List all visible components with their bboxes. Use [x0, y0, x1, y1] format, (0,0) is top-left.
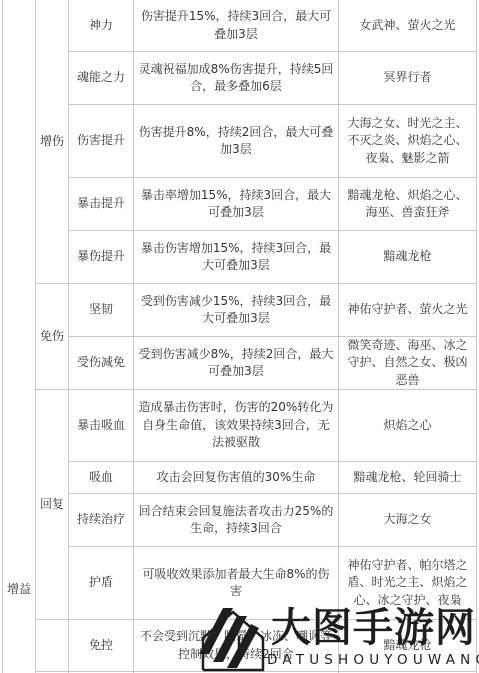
buff-effect: 受到伤害减少15%，持续3回合，最大可叠加3层	[134, 284, 338, 336]
buff-heroes: 黯魂龙枪	[339, 231, 476, 283]
buff-name: 坚韧	[69, 284, 133, 336]
buff-name: 持续治疗	[69, 494, 133, 546]
buff-effect: 伤害提升15%，持续3回合，最大可叠加3层	[134, 0, 338, 51]
buff-heroes: 黯魂龙枪	[339, 620, 476, 671]
buff-effect: 不会受到沉默、眩晕、冰冻、嘲讽等控制效果，持续2回合	[134, 620, 338, 671]
group-label-recovery: 回复	[36, 390, 68, 619]
buff-heroes: 冥界行者	[339, 52, 476, 104]
group-label-damage-up: 增伤	[36, 0, 68, 283]
buff-effect: 可吸收效果添加者最大生命8%的伤害	[134, 547, 338, 619]
buff-heroes: 炽焰之心	[339, 390, 476, 461]
buff-effect: 暴击率增加15%，持续3回合，最大可叠加3层	[134, 178, 338, 230]
buff-name: 神力	[69, 0, 133, 51]
buff-name: 免控	[69, 620, 133, 671]
buff-effect: 受到伤害减少8%，持续2回合，最大可叠加3层	[134, 337, 338, 389]
buff-heroes: 微笑奇迹、海巫、冰之守护、自然之女、极凶恶兽	[339, 337, 476, 389]
buff-name: 伤害提升	[69, 105, 133, 177]
buff-name: 暴击提升	[69, 178, 133, 230]
buff-effect: 回合结束会回复施法者攻击力25%的生命，持续3回合	[134, 494, 338, 546]
buff-heroes: 女武神、萤火之光	[339, 0, 476, 51]
buff-name: 护盾	[69, 547, 133, 619]
buff-effect: 灵魂祝福加成8%伤害提升，持续5回合，最多叠加6层	[134, 52, 338, 104]
buff-heroes: 黯魂龙枪、轮回骑士	[339, 462, 476, 493]
buff-heroes: 大海之女、时光之主、不灭之炎、炽焰之心、夜枭、魅影之箭	[339, 105, 476, 177]
buff-name: 魂能之力	[69, 52, 133, 104]
category-label: 增益	[3, 560, 35, 620]
buff-heroes: 黯魂龙枪、炽焰之心、海巫、兽蛮狂斧	[339, 178, 476, 230]
buff-effect: 暴击伤害增加15%，持续3回合，最大可叠加3层	[134, 231, 338, 283]
table-border-bottom	[35, 671, 477, 672]
buff-name: 暴伤提升	[69, 231, 133, 283]
buff-effect: 攻击会回复伤害值的30%生命	[134, 462, 338, 493]
buff-effect: 伤害提升8%，持续2回合，最大可叠加3层	[134, 105, 338, 177]
buff-name: 受伤减免	[69, 337, 133, 389]
buff-effect: 造成暴击伤害时，伤害的20%转化为自身生命值，该效果持续3回合，无法被驱散	[134, 390, 338, 461]
buff-name: 吸血	[69, 462, 133, 493]
buff-table: 增益 增伤 免伤 回复 神力 伤害提升15%，持续3回合，最大可叠加3层 女武神…	[0, 0, 479, 673]
buff-heroes: 神佑守护者、帕尔塔之盾、时光之主、炽焰之心、冰之守护、夜枭	[339, 547, 476, 619]
buff-heroes: 大海之女	[339, 494, 476, 546]
buff-name: 暴击吸血	[69, 390, 133, 461]
buff-heroes: 神佑守护者、萤火之光	[339, 284, 476, 336]
group-label-damage-reduction: 免伤	[36, 284, 68, 389]
